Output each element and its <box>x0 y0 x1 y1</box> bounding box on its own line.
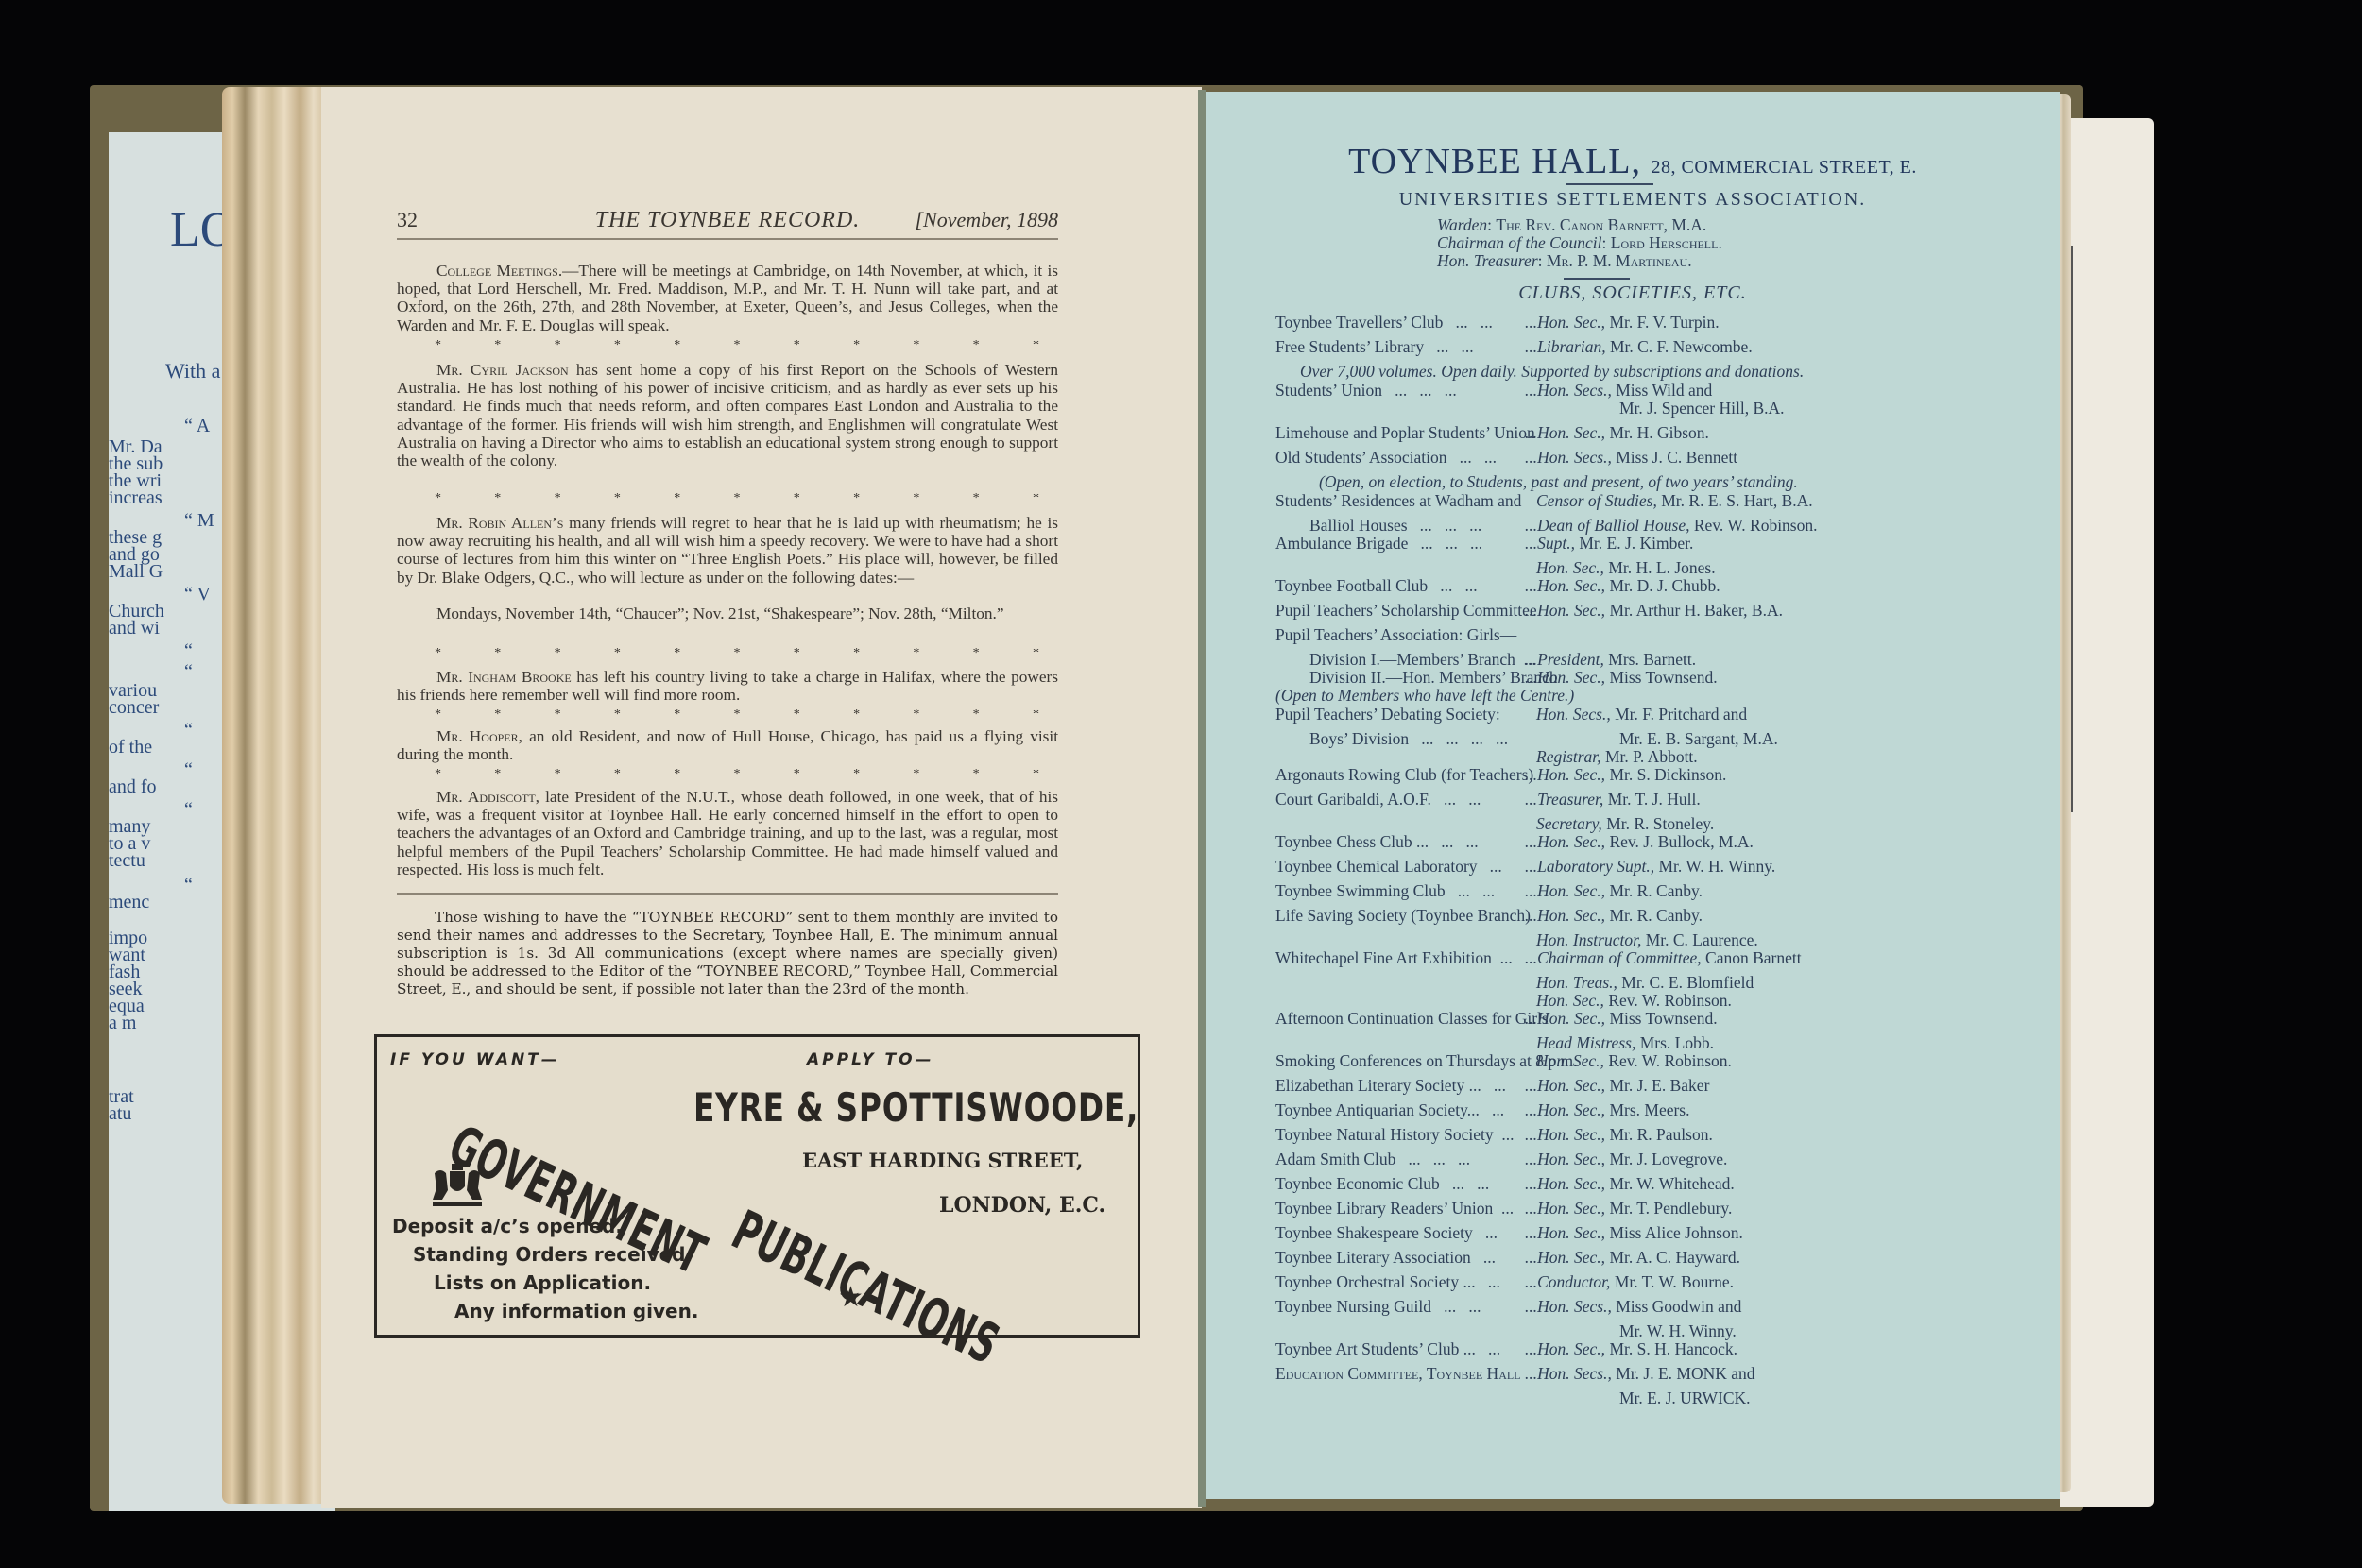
officer-name: Mr. J. E. Baker <box>1605 1076 1709 1095</box>
officer-role: Secretary, <box>1536 814 1602 833</box>
officer-role: ...President, <box>1525 650 1604 669</box>
officer-name: Mr. S. Dickinson. <box>1605 765 1726 784</box>
officer-name: Mr. R. Canby. <box>1605 906 1703 925</box>
club-officer: Hon. Secs., Mr. F. Pritchard and <box>1536 706 1747 724</box>
club-name: Free Students’ Library ... ... <box>1275 338 1474 356</box>
club-officer: Head Mistress, Mrs. Lobb. <box>1536 1034 1714 1052</box>
underlay-text-fragment: concer <box>109 697 159 719</box>
officer-role: Registrar, <box>1536 747 1601 766</box>
officer-role: Hon. Sec., <box>1536 991 1604 1010</box>
officer-name: Mr. D. J. Chubb. <box>1605 576 1720 595</box>
club-name: Toynbee Orchestral Society ... ... <box>1275 1273 1500 1291</box>
officer-name: Mr. R. Canby. <box>1605 881 1703 900</box>
club-officer: ...Hon. Secs., Miss Wild and <box>1525 382 1712 400</box>
officer-name: Mrs. Meers. <box>1605 1100 1689 1119</box>
club-officer: ...Hon. Sec., Mr. J. E. Baker <box>1525 1077 1709 1095</box>
underlay-text-fragment: tectu <box>109 850 145 872</box>
club-officer: Secretary, Mr. R. Stoneley. <box>1536 815 1714 833</box>
officer-role: ...Hon. Sec., <box>1525 1125 1605 1144</box>
separator-asterisk: * <box>973 646 980 661</box>
officer-role: ...Hon. Sec., <box>1525 1339 1605 1358</box>
underlay-text-fragment: of the <box>109 737 152 758</box>
ad-line-lists: Lists on Application. <box>434 1271 651 1294</box>
officer-role: ...Hon. Secs., <box>1525 448 1612 467</box>
underlay-text-fragment: “ A <box>184 416 210 437</box>
separator-asterisk: * <box>794 491 800 506</box>
ad-line-information: Any information given. <box>454 1300 698 1322</box>
separator-asterisk: * <box>435 491 441 506</box>
officer-role: Censor of Studies, <box>1536 491 1657 510</box>
separator-asterisk: * <box>555 707 561 723</box>
separator-asterisk: * <box>674 646 680 661</box>
officer-name: Rev. W. Robinson. <box>1690 516 1818 535</box>
officer-name: Mr. H. L. Jones. <box>1604 558 1716 577</box>
underlay-text-fragment: “ <box>184 640 193 662</box>
separator-asterisk: * <box>494 707 501 723</box>
club-officer: ...Hon. Sec., Mr. R. Paulson. <box>1525 1126 1713 1144</box>
officer-name: Mrs. Lobb. <box>1635 1033 1714 1052</box>
separator-asterisk: * <box>494 338 501 353</box>
officer-role: Hon. Sec., <box>1536 1051 1604 1070</box>
club-name: Toynbee Shakespeare Society ... <box>1275 1224 1498 1242</box>
club-officer: ...Hon. Sec., Mr. W. Whitehead. <box>1525 1175 1735 1193</box>
officer-role: ...Librarian, <box>1525 337 1606 356</box>
club-name: Toynbee Travellers’ Club ... ... <box>1275 314 1493 332</box>
separator-asterisk: * <box>494 646 501 661</box>
separator-asterisk: * <box>494 491 501 506</box>
club-name: Toynbee Library Readers’ Union ... <box>1275 1200 1514 1218</box>
club-officer: ...Hon. Secs., Mr. J. E. MONK and <box>1525 1365 1755 1383</box>
club-officer: ...Hon. Sec., Miss Townsend. <box>1525 669 1718 687</box>
club-name: Toynbee Natural History Society ... <box>1275 1126 1514 1144</box>
club-officer: ...Supt., Mr. E. J. Kimber. <box>1525 535 1693 553</box>
club-name: Boys’ Division ... ... ... ... <box>1309 730 1508 748</box>
club-name: Toynbee Football Club ... ... <box>1275 577 1478 595</box>
item-addiscott: Mr. Addiscott, late President of the N.U… <box>397 788 1058 878</box>
club-name: Pupil Teachers’ Association: Girls— <box>1275 626 1516 644</box>
officer-name: Mr. J. Lovegrove. <box>1605 1150 1727 1168</box>
lecture-dates: Mondays, November 14th, “Chaucer”; Nov. … <box>397 605 1058 622</box>
address: 28, COMMERCIAL STREET, E. <box>1652 157 1917 178</box>
officer-name: Mr. C. Laurence. <box>1641 930 1757 949</box>
page-edges-left <box>222 87 326 1504</box>
ad-if-you-want: IF YOU WANT— <box>390 1050 560 1069</box>
separator-stars: *********** <box>435 646 1039 661</box>
club-officer: ...Hon. Sec., Mr. F. V. Turpin. <box>1525 314 1720 332</box>
club-officer: Hon. Sec., Mr. H. L. Jones. <box>1536 559 1716 577</box>
officer-role: ...Dean of Balliol House, <box>1525 516 1690 535</box>
club-name: Students’ Union ... ... ... <box>1275 382 1457 400</box>
separator-asterisk: * <box>674 767 680 782</box>
separator-asterisk: * <box>614 338 621 353</box>
section-rule <box>1564 278 1630 280</box>
officer-name: Mr. W. Whitehead. <box>1605 1174 1735 1193</box>
club-name: Toynbee Economic Club ... ... <box>1275 1175 1489 1193</box>
ad-firm-name: EYRE & SPOTTISWOODE, <box>693 1084 1138 1131</box>
officer-name: Rev. W. Robinson. <box>1604 991 1732 1010</box>
officer-role: ...Hon. Sec., <box>1525 1009 1605 1028</box>
club-name: Pupil Teachers’ Debating Society: <box>1275 706 1500 724</box>
club-name: Afternoon Continuation Classes for Girls <box>1275 1010 1549 1028</box>
officer-role: ...Hon. Secs., <box>1525 1297 1612 1316</box>
section-heading: CLUBS, SOCIETIES, ETC. <box>1206 282 2060 304</box>
officer-name: Mr. P. Abbott. <box>1601 747 1698 766</box>
officer-name: Mr. E. B. Sargant, M.A. <box>1619 729 1778 748</box>
officer-role: ...Hon. Sec., <box>1525 1174 1605 1193</box>
separator-asterisk: * <box>733 707 740 723</box>
club-officer: ...Librarian, Mr. C. F. Newcombe. <box>1525 338 1753 356</box>
ad-line-deposit: Deposit a/c’s opened. <box>392 1215 623 1237</box>
officer-name: Mr. S. H. Hancock. <box>1605 1339 1737 1358</box>
club-officer: ...Hon. Sec., Mr. R. Canby. <box>1525 882 1703 900</box>
separator-asterisk: * <box>794 707 800 723</box>
separator-asterisk: * <box>973 767 980 782</box>
officer-name: Canon Barnett <box>1702 948 1802 967</box>
separator-asterisk: * <box>435 338 441 353</box>
separator-asterisk: * <box>674 491 680 506</box>
officer-chairman: Chairman of the Council: Lord Herschell. <box>1437 234 1722 252</box>
separator-asterisk: * <box>853 646 860 661</box>
club-officer: ...Conductor, Mr. T. W. Bourne. <box>1525 1273 1734 1291</box>
officer-name: Mr. E. J. URWICK. <box>1619 1389 1751 1407</box>
separator-asterisk: * <box>1033 338 1039 353</box>
officer-role: ...Conductor, <box>1525 1272 1610 1291</box>
separator-asterisk: * <box>913 646 919 661</box>
separator-asterisk: * <box>674 707 680 723</box>
officer-name: Mr. C. F. Newcombe. <box>1606 337 1753 356</box>
officer-name: Miss Wild and <box>1612 381 1712 400</box>
officer-name: Mr. Arthur H. Baker, B.A. <box>1605 601 1783 620</box>
club-officer: Censor of Studies, Mr. R. E. S. Hart, B.… <box>1536 492 1813 510</box>
ad-line-standing-orders: Standing Orders received. <box>413 1243 693 1266</box>
officer-role: Hon. Sec., <box>1536 558 1604 577</box>
officer-role: ...Hon. Sec., <box>1525 576 1605 595</box>
officer-name: Mr. T. Pendlebury. <box>1605 1199 1732 1218</box>
club-name: Division II.—Hon. Members’ Branch <box>1309 669 1558 687</box>
underlay-text-fragment: “ <box>184 661 193 683</box>
officer-name: Mr. R. Stoneley. <box>1602 814 1714 833</box>
officer-name: Mr. R. Paulson. <box>1605 1125 1713 1144</box>
officer-name: Miss Alice Johnson. <box>1605 1223 1743 1242</box>
separator-asterisk: * <box>794 646 800 661</box>
underlay-text-fragment: atu <box>109 1103 131 1125</box>
club-name: Old Students’ Association ... ... <box>1275 449 1497 467</box>
officer-name: Mr. W. H. Winny. <box>1654 857 1775 876</box>
separator-asterisk: * <box>733 767 740 782</box>
ad-apply-to: APPLY TO— <box>807 1050 934 1069</box>
separator-asterisk: * <box>973 491 980 506</box>
club-officer: ...Hon. Sec., Mr. H. Gibson. <box>1525 424 1709 442</box>
club-officer: ...Hon. Sec., Miss Alice Johnson. <box>1525 1224 1743 1242</box>
club-name: Education Committee, Toynbee Hall <box>1275 1365 1521 1383</box>
club-officer: Hon. Sec., Rev. W. Robinson. <box>1536 992 1732 1010</box>
officer-name: Mr. T. W. Bourne. <box>1610 1272 1734 1291</box>
separator-asterisk: * <box>913 707 919 723</box>
separator-asterisk: * <box>614 491 621 506</box>
separator-asterisk: * <box>1033 646 1039 661</box>
item-robin-allen: Mr. Robin Allen’s many friends will regr… <box>397 514 1058 587</box>
subscription-notice: Those wishing to have the “TOYNBEE RECOR… <box>397 909 1058 998</box>
running-header: 32 THE TOYNBEE RECORD. [November, 1898 <box>397 208 1058 246</box>
club-officer: ...Hon. Sec., Miss Townsend. <box>1525 1010 1718 1028</box>
separator-asterisk: * <box>853 707 860 723</box>
separator-asterisk: * <box>733 338 740 353</box>
separator-asterisk: * <box>733 491 740 506</box>
officer-name: Miss J. C. Bennett <box>1612 448 1737 467</box>
club-name: Toynbee Chemical Laboratory ... <box>1275 858 1502 876</box>
club-officer: ...Hon. Sec., Mr. R. Canby. <box>1525 907 1703 925</box>
club-name: Court Garibaldi, A.O.F. ... ... <box>1275 791 1481 809</box>
club-name: Balliol Houses ... ... ... <box>1309 517 1481 535</box>
separator-stars: *********** <box>435 707 1039 723</box>
club-officer: ...Hon. Sec., Rev. J. Bullock, M.A. <box>1525 833 1754 851</box>
ad-headline-publications: PUBLICATIONS <box>723 1198 1009 1377</box>
officer-treasurer: Hon. Treasurer: Mr. P. M. Martineau. <box>1437 252 1692 270</box>
separator-asterisk: * <box>555 338 561 353</box>
officer-role: ...Laboratory Supt., <box>1525 857 1654 876</box>
club-officer: ...Treasurer, Mr. T. J. Hull. <box>1525 791 1701 809</box>
club-name: Toynbee Literary Association ... <box>1275 1249 1496 1267</box>
officer-warden: Warden: The Rev. Canon Barnett, M.A. <box>1437 216 1706 234</box>
right-page: TOYNBEE HALL, 28, COMMERCIAL STREET, E. … <box>1206 92 2060 1499</box>
underlay-text-fragment: and wi <box>109 618 160 639</box>
underlay-text-fragment: “ <box>184 759 193 781</box>
officer-name: Miss Townsend. <box>1605 668 1718 687</box>
item-cyril-jackson: Mr. Cyril Jackson has sent home a copy o… <box>397 361 1058 469</box>
page-title: TOYNBEE HALL, 28, COMMERCIAL STREET, E. <box>1206 141 2060 182</box>
underlay-text-fragment: “ <box>184 720 193 741</box>
star-icon: ★ <box>838 1281 864 1314</box>
club-officer: ...Dean of Balliol House, Rev. W. Robins… <box>1525 517 1818 535</box>
separator-asterisk: * <box>1033 491 1039 506</box>
club-name: Division I.—Members’ Branch ... <box>1309 651 1536 669</box>
officer-name: Mr. F. Pritchard and <box>1611 705 1747 724</box>
separator-asterisk: * <box>913 767 919 782</box>
underlay-text-fragment: increas <box>109 487 163 509</box>
officer-role: ...Hon. Sec., <box>1525 1199 1605 1218</box>
ad-city: LONDON, E.C. <box>939 1193 1105 1218</box>
officer-role: ...Hon. Sec., <box>1525 906 1605 925</box>
officer-name: Mr. C. E. Blomfield <box>1617 973 1754 992</box>
ad-street: EAST HARDING STREET, <box>802 1149 1083 1172</box>
officer-name: Mr. E. J. Kimber. <box>1575 534 1693 553</box>
club-officer: ...Hon. Secs., Miss J. C. Bennett <box>1525 449 1737 467</box>
club-officer: ...Hon. Sec., Mr. D. J. Chubb. <box>1525 577 1720 595</box>
officer-role: ...Hon. Sec., <box>1525 881 1605 900</box>
club-name: Limehouse and Poplar Students’ Union <box>1275 424 1535 442</box>
officer-role: Hon. Instructor, <box>1536 930 1641 949</box>
officer-role: ...Hon. Sec., <box>1525 765 1605 784</box>
separator-stars: *********** <box>435 491 1039 506</box>
club-name: Toynbee Antiquarian Society... ... <box>1275 1101 1504 1119</box>
separator-stars: *********** <box>435 338 1039 353</box>
officer-role: ...Supt., <box>1525 534 1575 553</box>
club-name: Whitechapel Fine Art Exhibition ... <box>1275 949 1513 967</box>
underlay-text-fragment: a m <box>109 1013 136 1034</box>
separator-asterisk: * <box>733 646 740 661</box>
officer-role: ...Hon. Sec., <box>1525 1076 1605 1095</box>
club-name: Toynbee Chess Club ... ... ... <box>1275 833 1479 851</box>
club-name: Pupil Teachers’ Scholarship Committee <box>1275 602 1537 620</box>
separator-asterisk: * <box>913 491 919 506</box>
separator-asterisk: * <box>794 338 800 353</box>
officer-role: Hon. Secs., <box>1536 705 1611 724</box>
officer-role: ...Hon. Sec., <box>1525 313 1605 332</box>
club-name: Ambulance Brigade ... ... ... <box>1275 535 1482 553</box>
separator-asterisk: * <box>555 491 561 506</box>
club-name: Argonauts Rowing Club (for Teachers) <box>1275 766 1533 784</box>
underlay-text-fragment: and fo <box>109 776 157 798</box>
club-officer: ...Hon. Sec., Mr. Arthur H. Baker, B.A. <box>1525 602 1783 620</box>
separator-asterisk: * <box>614 646 621 661</box>
officer-role: ...Hon. Secs., <box>1525 381 1612 400</box>
club-officer: ...Hon. Sec., Mr. A. C. Hayward. <box>1525 1249 1740 1267</box>
officer-role: Head Mistress, <box>1536 1033 1635 1052</box>
club-officer: Mr. E. B. Sargant, M.A. <box>1619 730 1778 748</box>
separator-asterisk: * <box>614 707 621 723</box>
officer-name: Miss Goodwin and <box>1612 1297 1742 1316</box>
officer-role: Hon. Treas., <box>1536 973 1617 992</box>
separator-asterisk: * <box>1033 767 1039 782</box>
club-name: Toynbee Art Students’ Club ... ... <box>1275 1340 1500 1358</box>
officer-name: Mr. T. J. Hull. <box>1603 790 1700 809</box>
separator-asterisk: * <box>794 767 800 782</box>
officer-name: Mr. W. H. Winny. <box>1619 1321 1737 1340</box>
officer-name: Miss Townsend. <box>1605 1009 1718 1028</box>
club-officer: ...Chairman of Committee, Canon Barnett <box>1525 949 1802 967</box>
club-officer: Mr. W. H. Winny. <box>1619 1322 1737 1340</box>
officer-role: ...Chairman of Committee, <box>1525 948 1702 967</box>
royal-crest-icon <box>429 1160 486 1209</box>
club-officer: ...Hon. Sec., Mrs. Meers. <box>1525 1101 1690 1119</box>
club-officer: ...Hon. Sec., Mr. S. Dickinson. <box>1525 766 1726 784</box>
title-rule <box>1566 183 1653 185</box>
club-officer: ...Hon. Secs., Miss Goodwin and <box>1525 1298 1741 1316</box>
separator-stars: *********** <box>435 767 1039 782</box>
item-ingham-brooke: Mr. Ingham Brooke has left his country l… <box>397 668 1058 704</box>
officer-role: ...Hon. Sec., <box>1525 423 1605 442</box>
separator-asterisk: * <box>674 338 680 353</box>
club-name: Life Saving Society (Toynbee Branch) <box>1275 907 1531 925</box>
club-name: Toynbee Nursing Guild ... ... <box>1275 1298 1481 1316</box>
underlay-text-fragment: “ <box>184 875 193 896</box>
club-name: Elizabethan Literary Society ... ... <box>1275 1077 1506 1095</box>
underlay-text-fragment: Mall G <box>109 561 163 583</box>
officer-name: Mr. J. E. MONK and <box>1612 1364 1755 1383</box>
club-name: Students’ Residences at Wadham and <box>1275 492 1521 510</box>
officer-name: Mr. F. V. Turpin. <box>1605 313 1720 332</box>
item-college-meetings: College Meetings.—There will be meetings… <box>397 262 1058 334</box>
officer-role: ...Hon. Secs., <box>1525 1364 1612 1383</box>
book-spine-gutter <box>1198 90 1206 1507</box>
club-officer: ...Hon. Sec., Mr. T. Pendlebury. <box>1525 1200 1732 1218</box>
club-officer: Mr. E. J. URWICK. <box>1619 1389 1751 1407</box>
advertisement-box: IF YOU WANT— APPLY TO— EYRE & SPOTTISWOO… <box>374 1034 1140 1338</box>
officer-role: ...Hon. Sec., <box>1525 1248 1605 1267</box>
separator-asterisk: * <box>555 767 561 782</box>
association-name: UNIVERSITIES SETTLEMENTS ASSOCIATION. <box>1206 189 2060 211</box>
officer-role: ...Hon. Sec., <box>1525 832 1605 851</box>
separator-asterisk: * <box>435 767 441 782</box>
item-hooper: Mr. Hooper, an old Resident, and now of … <box>397 727 1058 763</box>
separator-asterisk: * <box>853 767 860 782</box>
club-officer: Hon. Sec., Rev. W. Robinson. <box>1536 1052 1732 1070</box>
underlay-text-fragment: “ V <box>184 584 211 605</box>
separator-asterisk: * <box>853 338 860 353</box>
officer-name: Rev. W. Robinson. <box>1604 1051 1732 1070</box>
club-officer: Registrar, Mr. P. Abbott. <box>1536 748 1698 766</box>
separator-asterisk: * <box>1033 707 1039 723</box>
issue-date: [November, 1898 <box>915 208 1058 232</box>
officer-name: Mrs. Barnett. <box>1604 650 1696 669</box>
officer-name: Mr. A. C. Hayward. <box>1605 1248 1740 1267</box>
separator-asterisk: * <box>614 767 621 782</box>
club-officer: Hon. Instructor, Mr. C. Laurence. <box>1536 931 1758 949</box>
separator-asterisk: * <box>555 646 561 661</box>
club-officer: ...Hon. Sec., Mr. J. Lovegrove. <box>1525 1150 1727 1168</box>
separator-asterisk: * <box>494 767 501 782</box>
underlay-text-fragment: “ M <box>184 510 214 532</box>
officer-role: ...Hon. Sec., <box>1525 1150 1605 1168</box>
separator-asterisk: * <box>973 338 980 353</box>
officer-role: ...Treasurer, <box>1525 790 1603 809</box>
club-officer-continued: Mr. J. Spencer Hill, B.A. <box>1619 400 1785 418</box>
underlay-text-fragment: “ <box>184 799 193 821</box>
club-officer: ...Hon. Sec., Mr. S. H. Hancock. <box>1525 1340 1737 1358</box>
officer-role: ...Hon. Sec., <box>1525 1223 1605 1242</box>
club-officer: Hon. Treas., Mr. C. E. Blomfield <box>1536 974 1754 992</box>
club-name: Smoking Conferences on Thursdays at 8 p.… <box>1275 1052 1578 1070</box>
officer-role: ...Hon. Sec., <box>1525 668 1605 687</box>
club-officer: ...Laboratory Supt., Mr. W. H. Winny. <box>1525 858 1775 876</box>
separator-asterisk: * <box>973 707 980 723</box>
separator-asterisk: * <box>913 338 919 353</box>
separator-asterisk: * <box>435 707 441 723</box>
notice-rule <box>397 893 1058 895</box>
officer-role: ...Hon. Sec., <box>1525 1100 1605 1119</box>
separator-asterisk: * <box>435 646 441 661</box>
club-name: Toynbee Swimming Club ... ... <box>1275 882 1495 900</box>
separator-asterisk: * <box>853 491 860 506</box>
officer-name: Rev. J. Bullock, M.A. <box>1605 832 1754 851</box>
underlay-text-fragment: menc <box>109 892 149 913</box>
officer-role: ...Hon. Sec., <box>1525 601 1605 620</box>
left-page: 32 THE TOYNBEE RECORD. [November, 1898 C… <box>321 87 1202 1508</box>
officer-name: Mr. R. E. S. Hart, B.A. <box>1657 491 1813 510</box>
club-name: Adam Smith Club ... ... ... <box>1275 1150 1470 1168</box>
header-rule <box>397 238 1058 240</box>
underlying-page-right <box>2060 118 2154 1507</box>
officer-name: Mr. H. Gibson. <box>1605 423 1709 442</box>
club-officer: ...President, Mrs. Barnett. <box>1525 651 1696 669</box>
